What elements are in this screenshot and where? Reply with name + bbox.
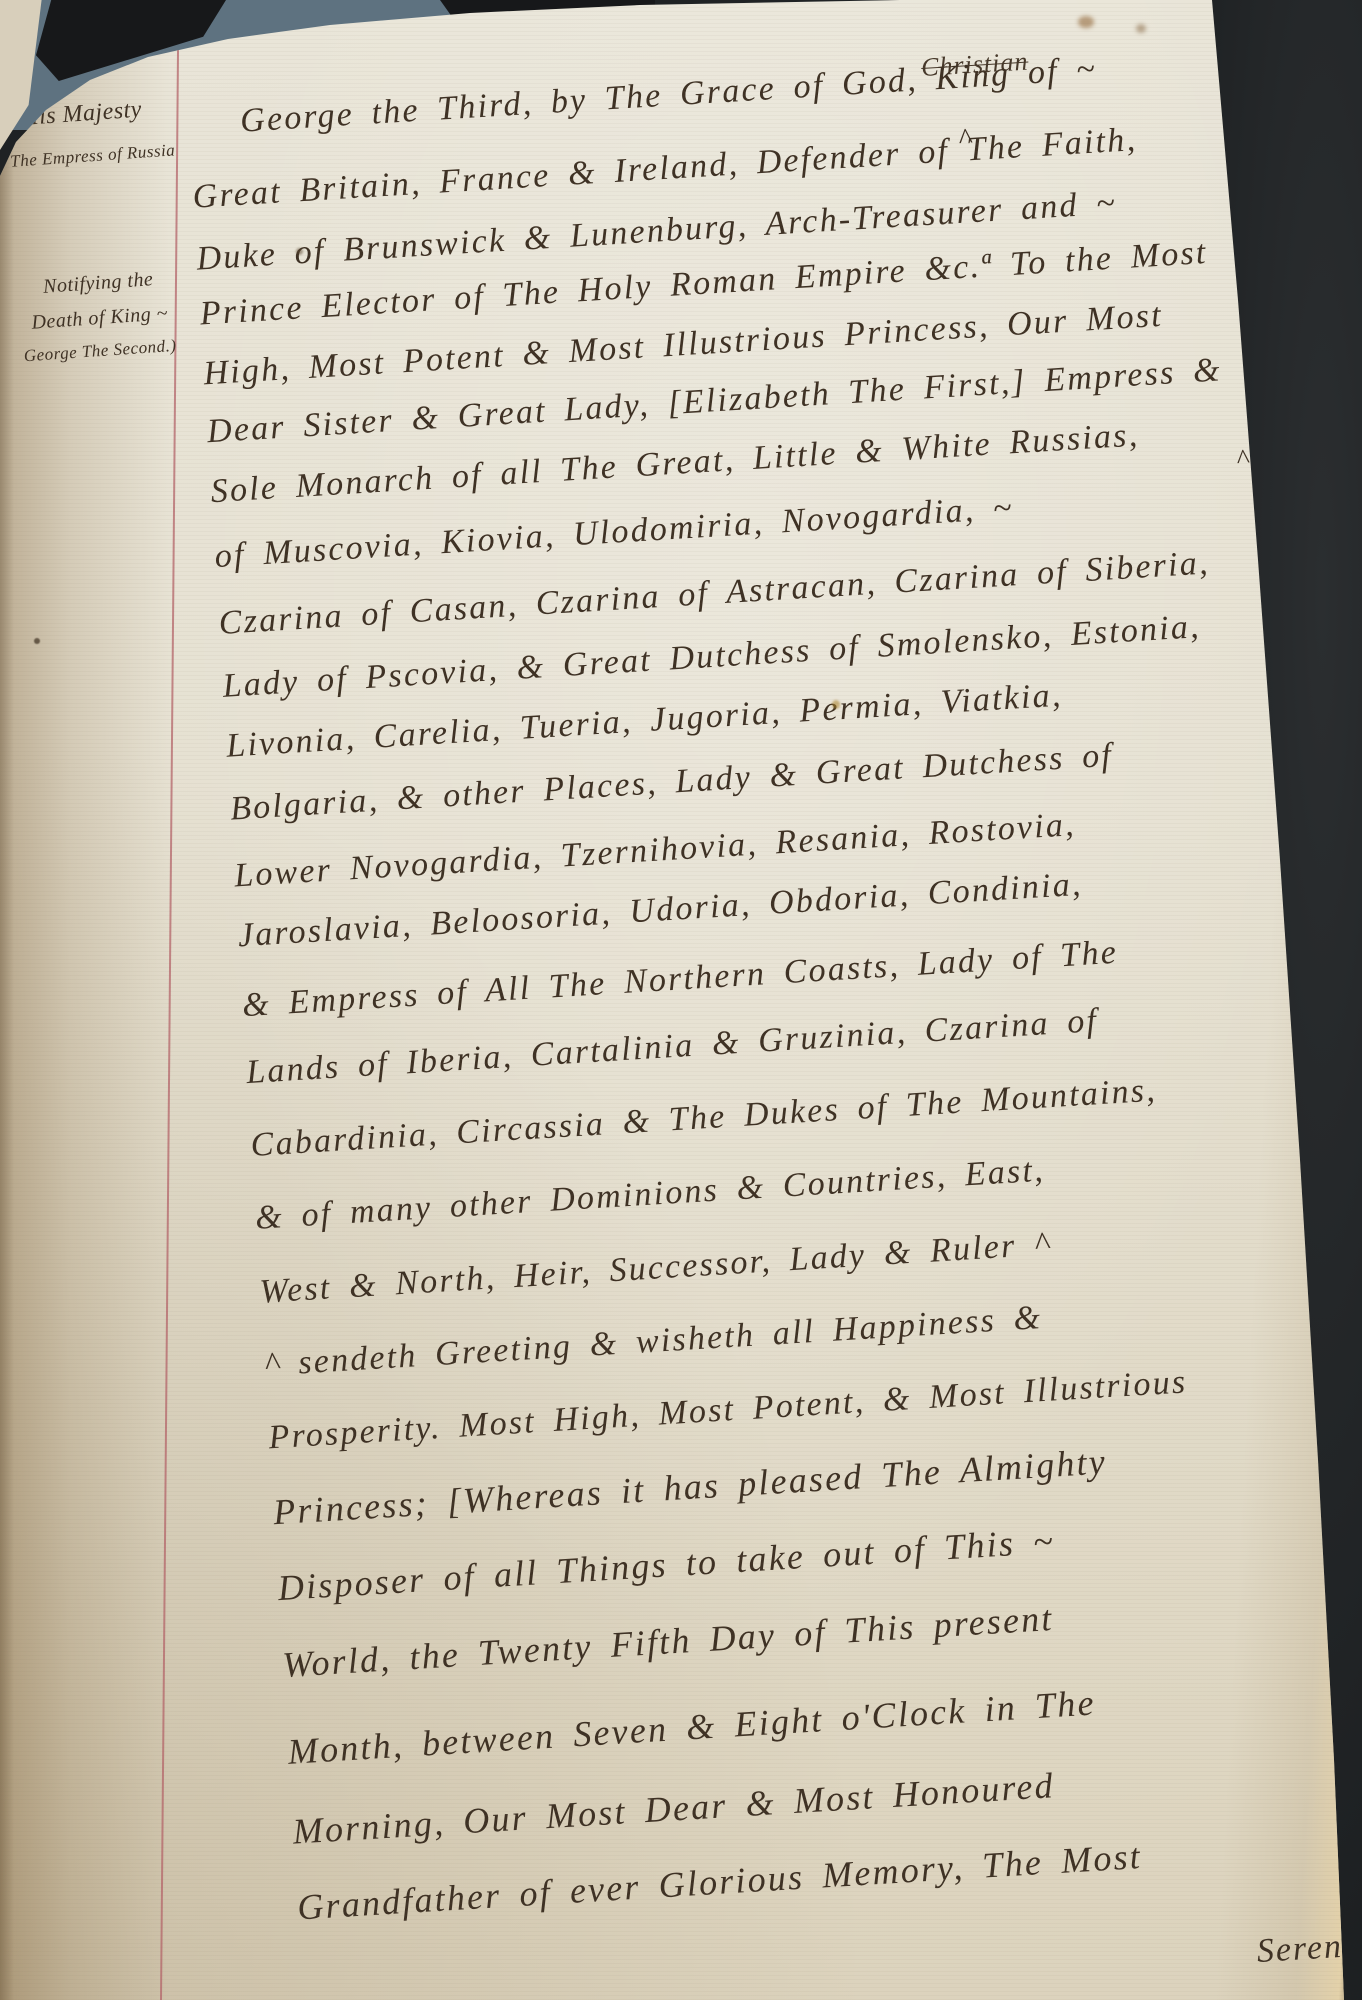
margin-note-subject: George The Second.) xyxy=(23,336,177,367)
stain xyxy=(34,638,40,644)
margin-annotations: His Majesty The Empress of Russia Notify… xyxy=(6,87,208,419)
photograph-of-manuscript-page: { "colors": { "paper": "#e6e1d2", "ink":… xyxy=(0,0,1362,2000)
margin-note-addressee: The Empress of Russia xyxy=(10,140,176,171)
manuscript-line: Disposer of all Things to take out of Th… xyxy=(276,1516,1056,1613)
margin-note-subject: Death of King ~ xyxy=(31,302,169,334)
insertion-caret-mark: ^ xyxy=(1236,444,1251,477)
gutter-shadow xyxy=(0,150,14,2000)
manuscript-text-block: Christian ^ ^ Serene George the Third, b… xyxy=(185,4,1362,1996)
manuscript-page: His Majesty The Empress of Russia Notify… xyxy=(0,0,1362,2000)
manuscript-line: Month, between Seven & Eight o'Clock in … xyxy=(286,1678,1097,1777)
margin-note-subject: Notifying the xyxy=(42,268,154,299)
manuscript-line: World, the Twenty Fifth Day of This pres… xyxy=(281,1593,1055,1690)
